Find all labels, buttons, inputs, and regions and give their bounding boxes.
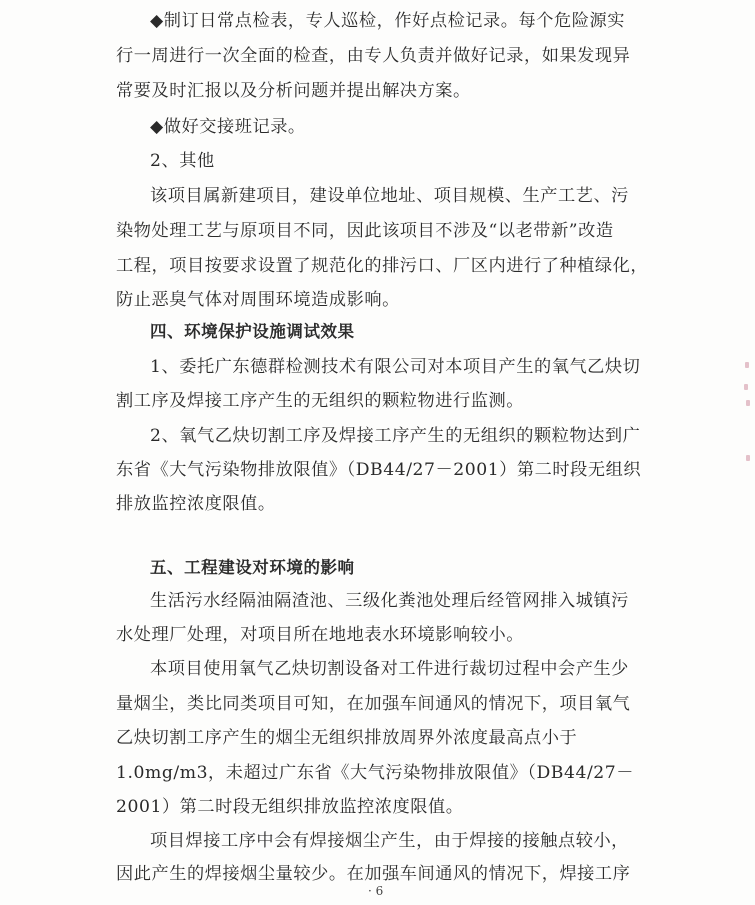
- text-line: 东省《大气污染物排放限值》（DB44/27－2001）第二时段无组织: [116, 459, 641, 481]
- section-heading: 五、工程建设对环境的影响: [150, 557, 355, 579]
- text-line: 项目焊接工序中会有焊接烟尘产生，由于焊接的接触点较小，: [150, 830, 629, 852]
- text-line: ◆制订日常点检表，专人巡检，作好点检记录。每个危险源实: [150, 10, 625, 32]
- text-line: 1.0mg/m3，未超过广东省《大气污染物排放限值》（DB44/27－: [116, 762, 634, 784]
- text-line: 排放监控浓度限值。: [116, 493, 276, 515]
- section-heading: 四、环境保护设施调试效果: [150, 321, 355, 343]
- text-line: ◆做好交接班记录。: [150, 116, 306, 138]
- seal-fragment: [745, 362, 749, 368]
- text-line: 2001）第二时段无组织排放监控浓度限值。: [116, 796, 463, 818]
- text-line: 工程，项目按要求设置了规范化的排污口、厂区内进行了种植绿化，: [116, 255, 648, 277]
- text-line: 该项目属新建项目，建设单位地址、项目规模、生产工艺、污: [150, 185, 629, 207]
- page-number: · 6: [368, 884, 383, 898]
- text-line: 乙炔切割工序产生的烟尘无组织排放周界外浓度最高点小于: [116, 727, 577, 749]
- text-line: 2、其他: [150, 150, 215, 172]
- document-page: ◆制订日常点检表，专人巡检，作好点检记录。每个危险源实行一周进行一次全面的检查，…: [0, 0, 755, 905]
- text-line: 防止恶臭气体对周围环境造成影响。: [116, 289, 400, 311]
- seal-fragment: [746, 400, 750, 406]
- text-line: 量烟尘，类比同类项目可知，在加强车间通风的情况下，项目氧气: [116, 693, 630, 715]
- text-line: 1、委托广东德群检测技术有限公司对本项目产生的氧气乙炔切: [150, 356, 640, 378]
- text-line: 行一周进行一次全面的检查，由专人负责并做好记录，如果发现异: [116, 45, 630, 67]
- text-line: 生活污水经隔油隔渣池、三级化粪池处理后经管网排入城镇污: [150, 590, 629, 612]
- seal-fragment: [746, 455, 750, 461]
- text-line: 本项目使用氧气乙炔切割设备对工件进行裁切过程中会产生少: [150, 658, 629, 680]
- text-line: 割工序及焊接工序产生的无组织的颗粒物进行监测。: [116, 390, 524, 412]
- seal-fragment: [744, 384, 748, 390]
- text-line: 2、氧气乙炔切割工序及焊接工序产生的无组织的颗粒物达到广: [150, 425, 640, 447]
- text-line: 水处理厂处理，对项目所在地地表水环境影响较小。: [116, 624, 524, 646]
- text-line: 染物处理工艺与原项目不同，因此该项目不涉及“以老带新”改造: [116, 220, 614, 242]
- text-line: 常要及时汇报以及分析问题并提出解决方案。: [116, 80, 471, 102]
- text-line: 因此产生的焊接烟尘量较少。在加强车间通风的情况下，焊接工序: [116, 863, 630, 885]
